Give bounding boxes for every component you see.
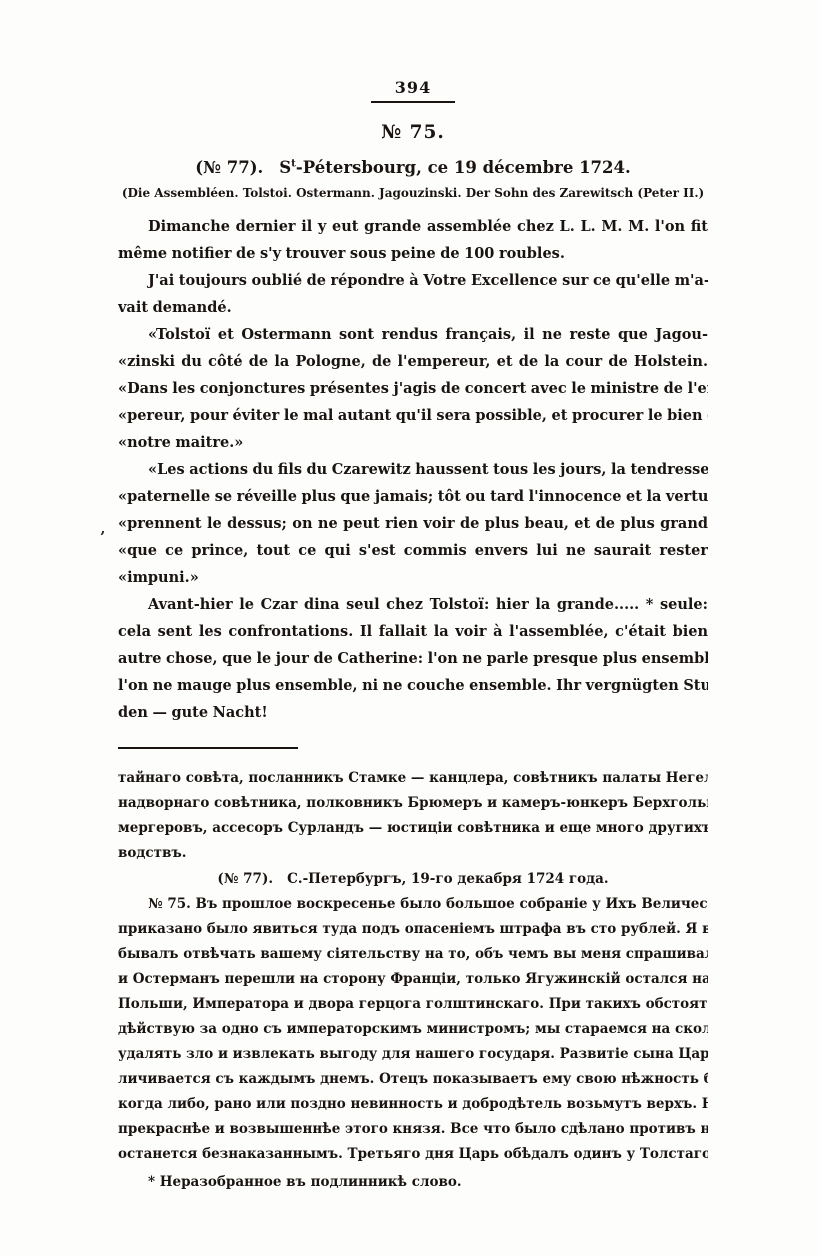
text-line: vait demandé. — [118, 294, 708, 321]
scanned-book-page: ’ 394 № 75. (№ 77).St-Pétersbourg, ce 19… — [0, 0, 820, 1256]
text-line: «notre maitre.» — [118, 429, 708, 456]
french-paragraph-1: Dimanche dernier il y eut grande assembl… — [118, 213, 708, 267]
text-line: бывалъ отвѣчать вашему сіятельству на то… — [118, 942, 708, 967]
text-line: удалять зло и извлекать выгоду для нашег… — [118, 1042, 708, 1067]
text-line: J'ai toujours oublié de répondre à Votre… — [118, 267, 708, 294]
text-line: водствъ. — [118, 841, 708, 866]
page-number: 394 — [371, 79, 455, 103]
text-line: Avant-hier le Czar dina seul chez Tolsto… — [118, 591, 708, 618]
text-line: прекраснѣе и возвышеннѣе этого князя. Вс… — [118, 1117, 708, 1142]
text-line: «Les actions du fils du Czarewitz hausse… — [118, 456, 708, 483]
dateline-french: (№ 77).St-Pétersbourg, ce 19 décembre 17… — [118, 158, 708, 177]
dateline-entry-ref: (№ 77). — [195, 158, 263, 177]
text-line: «prennent le dessus; on ne peut rien voi… — [118, 510, 708, 537]
french-paragraph-2: J'ai toujours oublié de répondre à Votre… — [118, 267, 708, 321]
text-line: Dimanche dernier il y eut grande assembl… — [118, 213, 708, 240]
text-line: même notifier de s'y trouver sous peine … — [118, 240, 708, 267]
text-line: «pereur, pour éviter le mal autant qu'il… — [118, 402, 708, 429]
text-line: тайнаго совѣта, посланникъ Стамке — канц… — [118, 766, 708, 791]
subject-line-german: (Die Assembléen. Tolstoi. Ostermann. Jag… — [118, 186, 708, 200]
text-line: надворнаго совѣтника, полковникъ Брюмеръ… — [118, 791, 708, 816]
footnote-separator-rule — [118, 747, 298, 749]
russian-footnote-continuation: тайнаго совѣта, посланникъ Стамке — канц… — [118, 766, 708, 866]
translator-footnote: * Неразобранное въ подлинникѣ слово. — [118, 1170, 708, 1195]
text-line: останется безнаказаннымъ. Третьяго дня Ц… — [118, 1142, 708, 1167]
russian-translation-paragraph: № 75. Въ прошлое воскресенье было большо… — [118, 892, 708, 1167]
entry-number-heading: № 75. — [118, 123, 708, 143]
ink-artifact-mark: ’ — [100, 528, 105, 546]
text-line: личивается съ каждымъ днемъ. Отецъ показ… — [118, 1067, 708, 1092]
text-line: l'on ne mauge plus ensemble, ni ne couch… — [118, 672, 708, 699]
french-paragraph-4: «Les actions du fils du Czarewitz hausse… — [118, 456, 708, 591]
text-line: autre chose, que le jour de Catherine: l… — [118, 645, 708, 672]
text-line: cela sent les confrontations. Il fallait… — [118, 618, 708, 645]
page-header: 394 — [118, 78, 708, 103]
text-line: «impuni.» — [118, 564, 708, 591]
french-paragraph-5: Avant-hier le Czar dina seul chez Tolsto… — [118, 591, 708, 726]
text-line: «que ce prince, tout ce qui s'est commis… — [118, 537, 708, 564]
text-line: «paternelle se réveille plus que jamais;… — [118, 483, 708, 510]
text-line: дѣйствую за одно съ императорскимъ минис… — [118, 1017, 708, 1042]
page-content: 394 № 75. (№ 77).St-Pétersbourg, ce 19 d… — [118, 78, 708, 1195]
dateline-place: St-Pétersbourg, ce 19 décembre 1724. — [279, 158, 631, 177]
text-line: «Dans les conjonctures présentes j'agis … — [118, 375, 708, 402]
text-line: «zinski du côté de la Pologne, de l'empe… — [118, 348, 708, 375]
text-line: № 75. Въ прошлое воскресенье было большо… — [118, 892, 708, 917]
text-line: когда либо, рано или поздно невинность и… — [118, 1092, 708, 1117]
french-paragraph-3: «Tolstoï et Ostermann sont rendus frança… — [118, 321, 708, 456]
text-line: и Остерманъ перешли на сторону Франціи, … — [118, 967, 708, 992]
text-line: «Tolstoï et Ostermann sont rendus frança… — [118, 321, 708, 348]
text-line: den — gute Nacht! — [118, 699, 708, 726]
french-letter-body: Dimanche dernier il y eut grande assembl… — [118, 213, 708, 726]
text-line: мергеровъ, ассесоръ Сурландъ — юстиціи с… — [118, 816, 708, 841]
text-line: Польши, Императора и двора герцога голшт… — [118, 992, 708, 1017]
text-line: приказано было явиться туда подъ опасені… — [118, 917, 708, 942]
dateline-russian: (№ 77). С.-Петербургъ, 19-го декабря 172… — [118, 869, 708, 889]
